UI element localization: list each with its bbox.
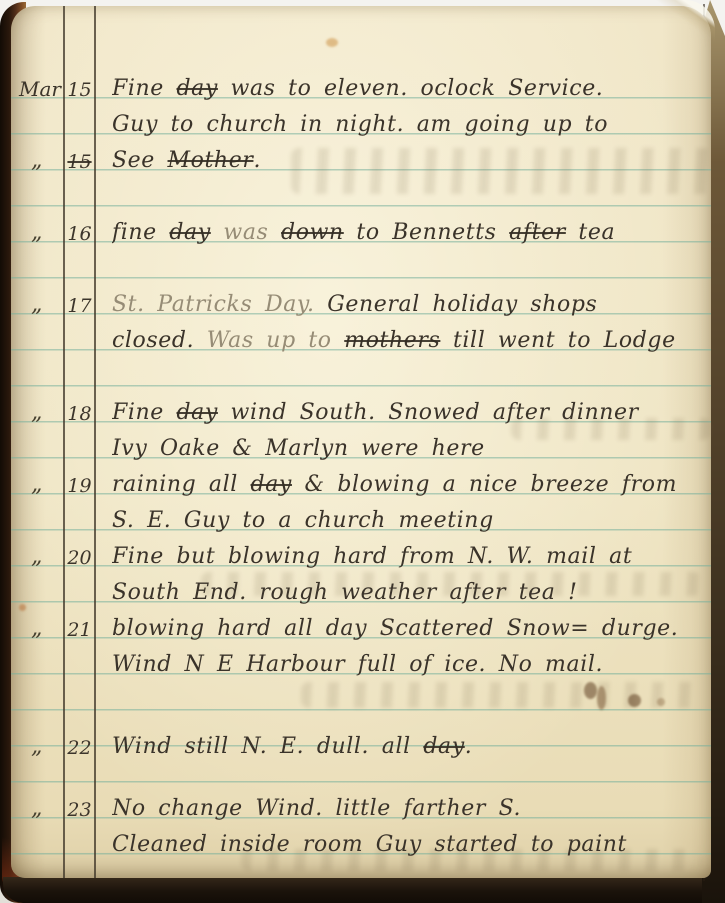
entry-month-ditto: „ <box>19 389 73 425</box>
entry-text-segment: South End. rough weather after tea ! <box>112 580 578 605</box>
entry-text-segment: Wind N E Harbour full of ice. No mail. <box>112 652 603 677</box>
entry-text-segment: & blowing a nice breeze from <box>292 472 677 497</box>
entry-line: Cleaned inside room Guy started to paint <box>112 821 705 857</box>
entry-day: 15 <box>66 137 93 173</box>
diary-entry-16: „16fine day was down to Bennetts after t… <box>11 209 711 245</box>
entry-line: closed. Was up to mothers till went to L… <box>112 317 705 353</box>
entry-text-segment: . <box>253 148 261 173</box>
entry-text-segment: tea <box>566 220 615 245</box>
entry-text: St. Patricks Day. General holiday shopsc… <box>112 281 705 353</box>
entry-line: No change Wind. little farther S. <box>112 785 705 821</box>
entry-line: Ivy Oake & Marlyn were here <box>112 425 705 461</box>
entry-text-segment: Guy to church in night. am going up to <box>112 112 608 137</box>
entry-line: Wind still N. E. dull. all day. <box>112 723 705 759</box>
entry-text-segment: down <box>281 220 344 245</box>
entry-line: S. E. Guy to a church meeting <box>112 497 705 533</box>
entry-day: 19 <box>66 461 93 497</box>
diary-entry-15: Mar15Fine day was to eleven. oclock Serv… <box>11 65 711 101</box>
entry-text-segment: wind South. Snowed after dinner <box>218 400 639 425</box>
entry-day: 18 <box>66 389 93 425</box>
diary-entry-19: „19raining all day & blowing a nice bree… <box>11 461 711 497</box>
entry-text-segment: day <box>251 472 292 497</box>
entry-text-segment: till went to Lodge <box>440 328 675 353</box>
entry-text-segment: Mother <box>168 148 254 173</box>
entry-month-ditto: „ <box>19 723 73 759</box>
diary-entry-17: „17St. Patricks Day. General holiday sho… <box>11 281 711 317</box>
diary-page: Mar15Fine day was to eleven. oclock Serv… <box>11 6 711 878</box>
entry-text-segment: day <box>176 76 217 101</box>
stain-spot <box>628 694 641 707</box>
entry-text-segment: was to eleven. oclock Service. <box>218 76 603 101</box>
entry-text-segment: day <box>169 220 210 245</box>
entry-text: Wind still N. E. dull. all day. <box>112 723 705 759</box>
entry-text-segment: after <box>509 220 566 245</box>
entry-text-segment: raining all <box>112 472 251 497</box>
entry-day: 23 <box>66 785 93 821</box>
entry-month-ditto: „ <box>19 209 73 245</box>
diary-entry-15: „15See Mother. <box>11 137 711 173</box>
entry-text: Fine day wind South. Snowed after dinner… <box>112 389 705 461</box>
entry-text: Fine but blowing hard from N. W. mail at… <box>112 533 705 605</box>
entry-text-segment <box>268 220 281 245</box>
entry-line: St. Patricks Day. General holiday shops <box>112 281 705 317</box>
entry-text-segment: S. E. Guy to a church meeting <box>112 508 494 533</box>
entry-line: Fine but blowing hard from N. W. mail at <box>112 533 705 569</box>
entry-text-segment: closed. <box>112 328 207 353</box>
scanned-diary-photo: Mar15Fine day was to eleven. oclock Serv… <box>0 0 725 903</box>
entry-line: raining all day & blowing a nice breeze … <box>112 461 705 497</box>
entry-day: 17 <box>66 281 93 317</box>
entry-text-segment: blowing hard all day Scattered Snow= dur… <box>112 616 678 641</box>
entry-text-segment: mothers <box>344 328 440 353</box>
entry-text-segment: . <box>465 734 473 759</box>
entry-line: blowing hard all day Scattered Snow= dur… <box>112 605 705 641</box>
entry-line: fine day was down to Bennetts after tea <box>112 209 705 245</box>
diary-entry-21: „21blowing hard all day Scattered Snow= … <box>11 605 711 641</box>
stain-spot <box>597 686 606 710</box>
entry-line: Guy to church in night. am going up to <box>112 101 705 137</box>
entry-month-ditto: „ <box>19 137 73 173</box>
entry-text-segment: fine <box>112 220 169 245</box>
stain-spot <box>584 682 597 699</box>
entry-text-segment: Ivy Oake & Marlyn were here <box>112 436 485 461</box>
diary-entry-20: „20Fine but blowing hard from N. W. mail… <box>11 533 711 569</box>
book-edge-bottom <box>3 877 725 903</box>
entry-text-segment: Wind still N. E. dull. all <box>112 734 423 759</box>
entry-day: 22 <box>66 723 93 759</box>
entry-text-segment: was <box>223 220 268 245</box>
entry-month-ditto: „ <box>19 533 73 569</box>
entry-text: fine day was down to Bennetts after tea <box>112 209 705 245</box>
entry-text: blowing hard all day Scattered Snow= dur… <box>112 605 705 677</box>
entry-text: raining all day & blowing a nice breeze … <box>112 461 705 533</box>
entry-month-ditto: „ <box>19 461 73 497</box>
entry-line: Fine day wind South. Snowed after dinner <box>112 389 705 425</box>
entry-line: See Mother. <box>112 137 705 173</box>
page-corner-fold <box>625 0 715 60</box>
entry-text-segment <box>211 220 224 245</box>
entry-text-segment: day <box>176 400 217 425</box>
entry-text-segment: St. Patricks Day. <box>112 292 327 317</box>
entry-line: South End. rough weather after tea ! <box>112 569 705 605</box>
diary-entry-18: „18Fine day wind South. Snowed after din… <box>11 389 711 425</box>
diary-entry-22: „22Wind still N. E. dull. all day. <box>11 723 711 759</box>
entry-day: 16 <box>66 209 93 245</box>
entry-line: Wind N E Harbour full of ice. No mail. <box>112 641 705 677</box>
entry-text-segment: Fine but blowing hard from N. W. mail at <box>112 544 632 569</box>
entry-text: No change Wind. little farther S.Cleaned… <box>112 785 705 857</box>
entry-day: 15 <box>66 65 93 101</box>
entry-text-segment: Was up to <box>207 328 344 353</box>
entry-text-segment: Fine <box>112 76 176 101</box>
entry-text-segment: No change Wind. little farther S. <box>112 796 521 821</box>
entry-line: Fine day was to eleven. oclock Service. <box>112 65 705 101</box>
entry-text-segment: day <box>423 734 464 759</box>
entry-text-segment: to Bennetts <box>344 220 509 245</box>
bleedthrough-smudge <box>301 682 701 708</box>
entry-text-segment: General holiday shops <box>327 292 597 317</box>
entry-text-segment: Cleaned inside room Guy started to paint <box>112 832 627 857</box>
entry-day: 20 <box>66 533 93 569</box>
entry-month: Mar <box>19 65 61 101</box>
diary-entry-23: „23No change Wind. little farther S.Clea… <box>11 785 711 821</box>
entry-day: 21 <box>66 605 93 641</box>
stain-spot <box>657 698 665 706</box>
stain-spot <box>326 38 338 47</box>
entry-month-ditto: „ <box>19 605 73 641</box>
entry-month-ditto: „ <box>19 785 73 821</box>
entry-text: See Mother. <box>112 137 705 173</box>
entry-month-ditto: „ <box>19 281 73 317</box>
entry-text-segment: Fine <box>112 400 176 425</box>
entry-text-segment: See <box>112 148 168 173</box>
entry-text: Fine day was to eleven. oclock Service.G… <box>112 65 705 137</box>
